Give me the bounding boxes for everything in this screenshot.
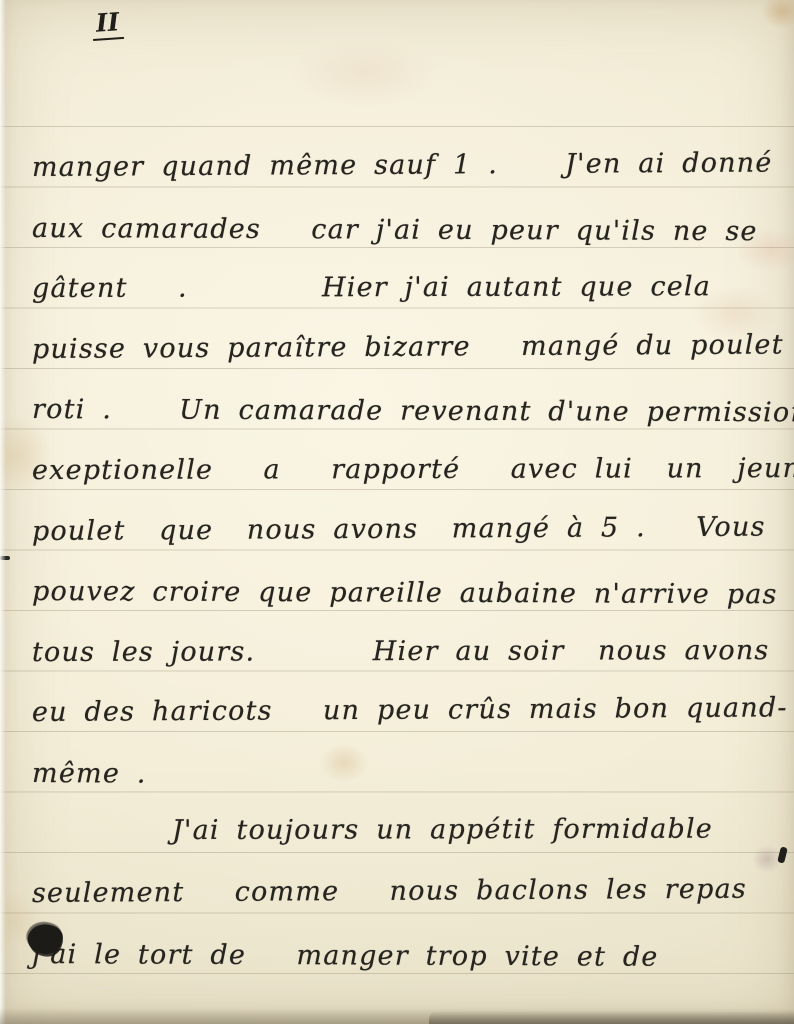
paper-stain <box>318 742 370 784</box>
letter-page: II manger quand même sauf 1 . J'en ai do… <box>0 0 794 1024</box>
handwritten-line: roti . Un camarade revenant d'une permis… <box>32 394 794 428</box>
handwritten-line: aux camarades car j'ai eu peur qu'ils ne… <box>32 213 758 247</box>
paper-stain <box>762 0 794 28</box>
handwritten-line: eu des haricots un peu crûs mais bon qua… <box>32 692 788 728</box>
paper-stain <box>290 38 440 108</box>
handwritten-line: seulement comme nous baclons les repas <box>32 874 747 909</box>
handwritten-line: j'ai le tort de manger trop vite et de <box>32 939 659 973</box>
handwritten-line: poulet que nous avons mangé à 5 . Vous <box>32 512 766 547</box>
handwritten-line: manger quand même sauf 1 . J'en ai donné <box>32 147 773 183</box>
scan-edge-left <box>0 0 6 1024</box>
handwritten-line: pouvez croire que pareille aubaine n'arr… <box>32 576 778 610</box>
ink-tick-mark <box>777 846 788 863</box>
page-number: II <box>91 7 125 41</box>
handwritten-line: exeptionelle a rapporté avec lui un jeun… <box>32 453 794 486</box>
handwritten-line: gâtent . Hier j'ai autant que cela <box>32 271 711 304</box>
handwritten-line: J'ai toujours un appétit formidable <box>172 814 713 846</box>
scan-edge-bottom-right <box>429 1011 794 1024</box>
handwritten-line: tous les jours. Hier au soir nous avons <box>32 635 770 668</box>
handwritten-line: même . <box>32 758 147 789</box>
handwritten-line: puisse vous paraître bizarre mangé du po… <box>32 329 784 365</box>
